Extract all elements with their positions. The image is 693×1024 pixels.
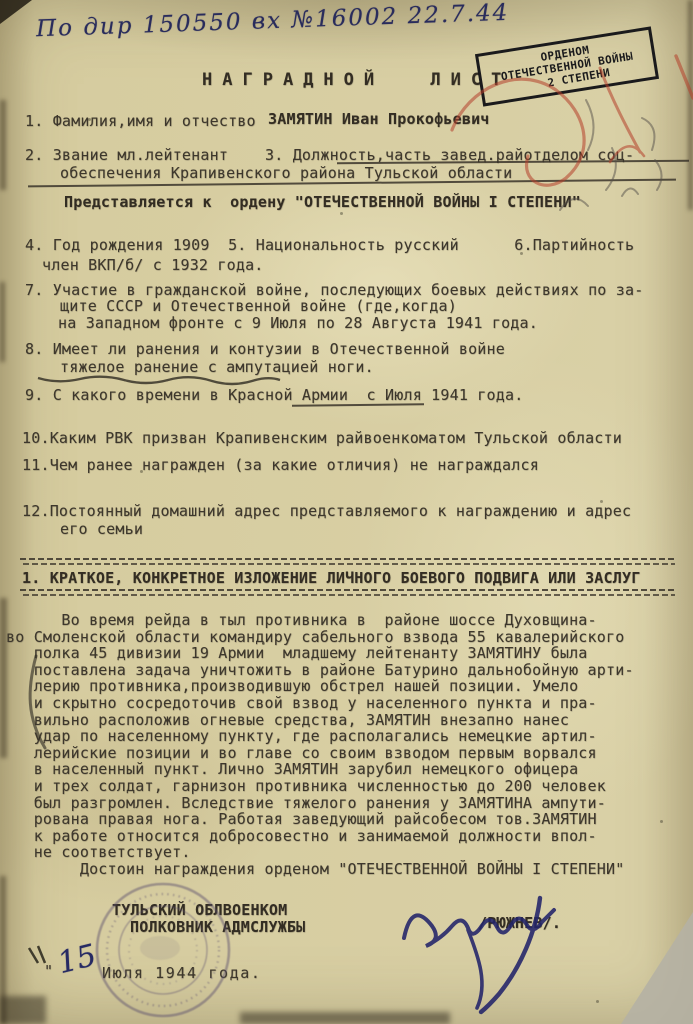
citation-line: и скрытно сосредоточив свой взвод у насе…: [6, 695, 690, 712]
citation-line: поставлена задача уничтожить в районе Ба…: [6, 662, 690, 679]
citation-line: удар по населенному пункту, где располаг…: [6, 728, 690, 745]
document-title: НАГРАДНОЙ ЛИСТ: [202, 70, 511, 90]
citation-line: полка 45 дивизии 19 Армии младшему лейте…: [6, 645, 690, 662]
dark-corner-top-left: [0, 0, 32, 24]
section-heading: 1. КРАТКОЕ, КОНКРЕТНОЕ ИЗЛОЖЕНИЕ ЛИЧНОГО…: [22, 569, 640, 587]
ink-speck: [340, 212, 343, 215]
bottom-stain: [240, 1012, 450, 1024]
citation-line: вильно расположив огневые средства, ЗАМЯ…: [6, 712, 690, 729]
wavy-underline-mark: [38, 377, 280, 384]
citation-conclusion-line: Достоин награждения орденом "ОТЕЧЕСТВЕНН…: [6, 861, 690, 878]
form-item-8-line2: тяжелое ранение с ампутацией ноги.: [60, 358, 374, 376]
citation-line: рована правая нога. Работая заведующий р…: [6, 811, 690, 828]
signatory-name: /РЮЖНЕВ/.: [478, 914, 561, 932]
edge-smudge: [0, 282, 5, 362]
date-open-quote: ": [44, 962, 53, 980]
form-item-8-line1: 8. Имеет ли ранения и контузии в Отечест…: [25, 340, 505, 358]
citation-line: лерийские позиции и во главе со своим вз…: [6, 745, 690, 762]
form-item-1-label: 1. Фамилия,имя и отчество: [25, 112, 256, 130]
signatory-rank-line: ПОЛКОВНИК АДМСЛУЖБЫ: [130, 918, 305, 936]
form-item-2-3-line2: обеспечения Крапивенского района Тульско…: [60, 164, 512, 182]
typed-divider: [20, 589, 675, 597]
form-item-7-line2: щите СССР и Отечественной войне (где,ког…: [60, 297, 457, 315]
award-order-stamp: ОРДЕНОМ ОТЕЧЕСТВЕННОЙ ВОЙНЫ 2 СТЕПЕНИ: [475, 26, 659, 106]
bottom-stain: [0, 996, 46, 1024]
form-item-4-5-6-line1: 4. Год рождения 1909 5. Национальность р…: [25, 236, 634, 254]
citation-line: к работе относится добросовестно и заним…: [6, 828, 690, 845]
citation-line: не соответствует.: [6, 844, 690, 861]
citation-line: в населенный пункт. Лично ЗАМЯТИН заруби…: [6, 761, 690, 778]
date-typed: Июля 1944 года.: [102, 964, 261, 982]
scan-background-corner: [621, 912, 693, 1024]
form-item-1-value: ЗАМЯТИН Иван Прокофьевич: [268, 110, 490, 128]
form-item-9: 9. С какого времени в Красной Армии с Ию…: [25, 386, 523, 404]
form-item-4-5-6-line2: член ВКП/б/ с 1932 года.: [42, 256, 264, 274]
form-item-10: 10.Каким РВК призван Крапивенским райвое…: [22, 429, 622, 447]
handwritten-registry-note: По дир 150550 вх №16002 22.7.44: [36, 0, 510, 42]
award-sheet-document: По дир 150550 вх №16002 22.7.44 НАГРАДНО…: [0, 0, 693, 1024]
citation-text: Во время рейда в тыл противника в районе…: [6, 612, 690, 878]
citation-line: лерию противника,производившую обстрел н…: [6, 678, 690, 695]
margin-tick-marks: [29, 946, 45, 963]
citation-line: во Смоленской области командиру сабельно…: [6, 629, 690, 646]
citation-line: был разгромлен. Вследствие тяжелого ране…: [6, 795, 690, 812]
form-item-12-line2: его семьи: [60, 520, 143, 538]
form-item-11: 11.Чем ранее награжден (за какие отличия…: [22, 456, 539, 474]
citation-line: Во время рейда в тыл противника в районе…: [6, 612, 690, 629]
citation-line: и трех солдат, гарнизон противника числе…: [6, 778, 690, 795]
ink-speck: [596, 1000, 599, 1003]
underline-mark: [292, 403, 424, 406]
signatory-unit-line: ТУЛЬСКИЙ ОБЛВОЕНКОМ: [112, 901, 287, 919]
edge-smudge: [0, 100, 6, 190]
handwritten-date-day: 15: [54, 938, 100, 981]
typed-divider: [20, 558, 675, 566]
presented-to-order-line: Представляется к ордену "ОТЕЧЕСТВЕННОЙ В…: [64, 193, 581, 211]
form-item-12-line1: 12.Постоянный домашний адрес представляе…: [22, 502, 631, 520]
edge-smudge: [688, 0, 693, 210]
form-item-7-line3: на Западном фронте с 9 Июля по 28 Август…: [58, 314, 538, 332]
